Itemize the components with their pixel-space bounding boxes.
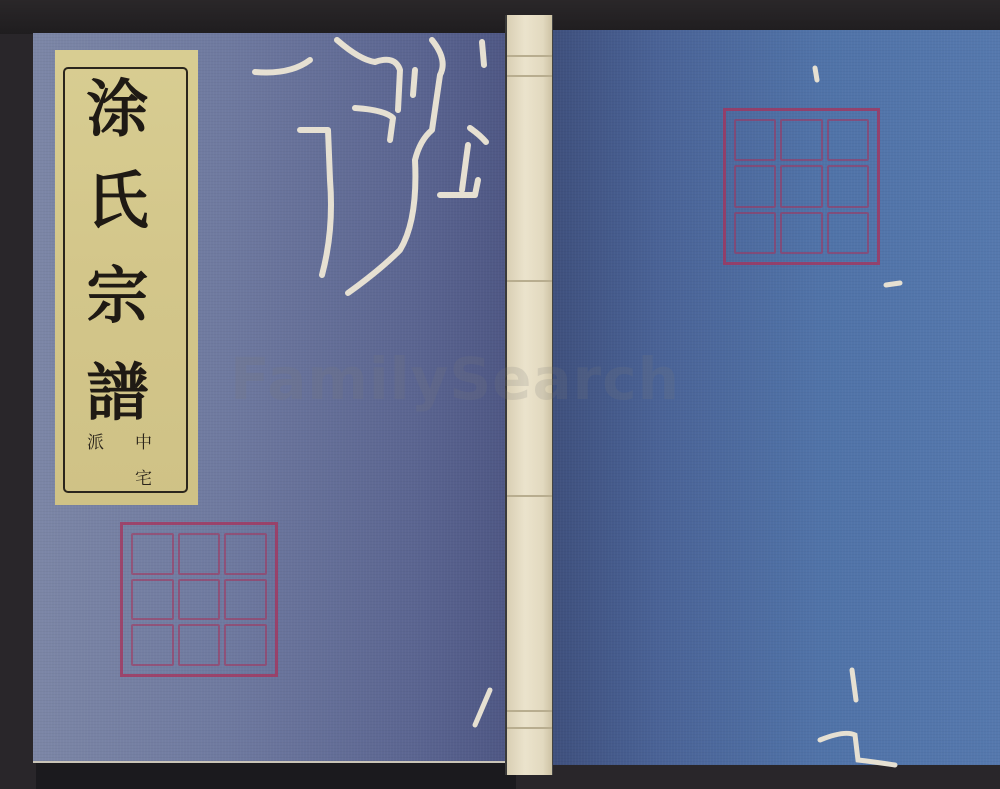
insect-damage-trails xyxy=(0,0,1000,789)
